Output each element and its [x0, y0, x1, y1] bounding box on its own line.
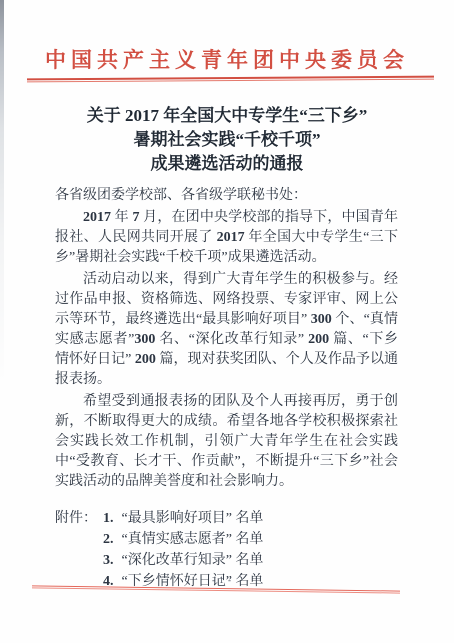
- document-title-line-2: 暑期社会实践“千校千项”: [0, 128, 454, 152]
- scan-edge-artifact: [0, 0, 4, 643]
- document-title-line-3: 成果遴选活动的通报: [0, 152, 454, 176]
- attachment-item-2: 2.“真情实感志愿者” 名单: [103, 529, 263, 550]
- document-page: 中国共产主义青年团中央委员会 关于 2017 年全国大中专学生“三下乡” 暑期社…: [0, 0, 454, 643]
- body-paragraph-2: 活动启动以来，得到广大青年学生的积极参与。经过作品申报、资格筛选、网络投票、专家…: [55, 270, 398, 390]
- attachment-item-1: 1.“最具影响好项目” 名单: [103, 508, 263, 529]
- body-paragraph-3: 希望受到通报表扬的团队及个人再接再厉，勇于创新，不断取得更大的成绩。希望各地各学…: [55, 392, 398, 492]
- attachment-number-1: 1.: [103, 511, 114, 526]
- letterhead-org-title: 中国共产主义青年团中央委员会: [0, 44, 454, 74]
- attachment-number-2: 2.: [103, 532, 114, 547]
- document-body: 各省级团委学校部、各省级学联秘书处： 2017 年 7 月，在团中央学校部的指导…: [55, 186, 398, 592]
- attachment-text-1: “最具影响好项目” 名单: [122, 511, 264, 526]
- document-title-line-1: 关于 2017 年全国大中专学生“三下乡”: [0, 104, 454, 128]
- attachment-text-2: “真情实感志愿者” 名单: [122, 532, 264, 547]
- page-number: - 1 -: [0, 575, 444, 585]
- salutation-line: 各省级团委学校部、各省级学联秘书处：: [55, 186, 398, 206]
- attachment-text-3: “深化改革行知录” 名单: [122, 553, 264, 568]
- document-title: 关于 2017 年全国大中专学生“三下乡” 暑期社会实践“千校千项” 成果遴选活…: [0, 104, 454, 176]
- attachment-number-3: 3.: [103, 553, 114, 568]
- attachment-item-3: 3.“深化改革行知录” 名单: [103, 550, 263, 571]
- body-paragraph-1: 2017 年 7 月，在团中央学校部的指导下，中国青年报社、人民网共同开展了 2…: [55, 208, 398, 268]
- letterhead-red-rule: [27, 76, 434, 83]
